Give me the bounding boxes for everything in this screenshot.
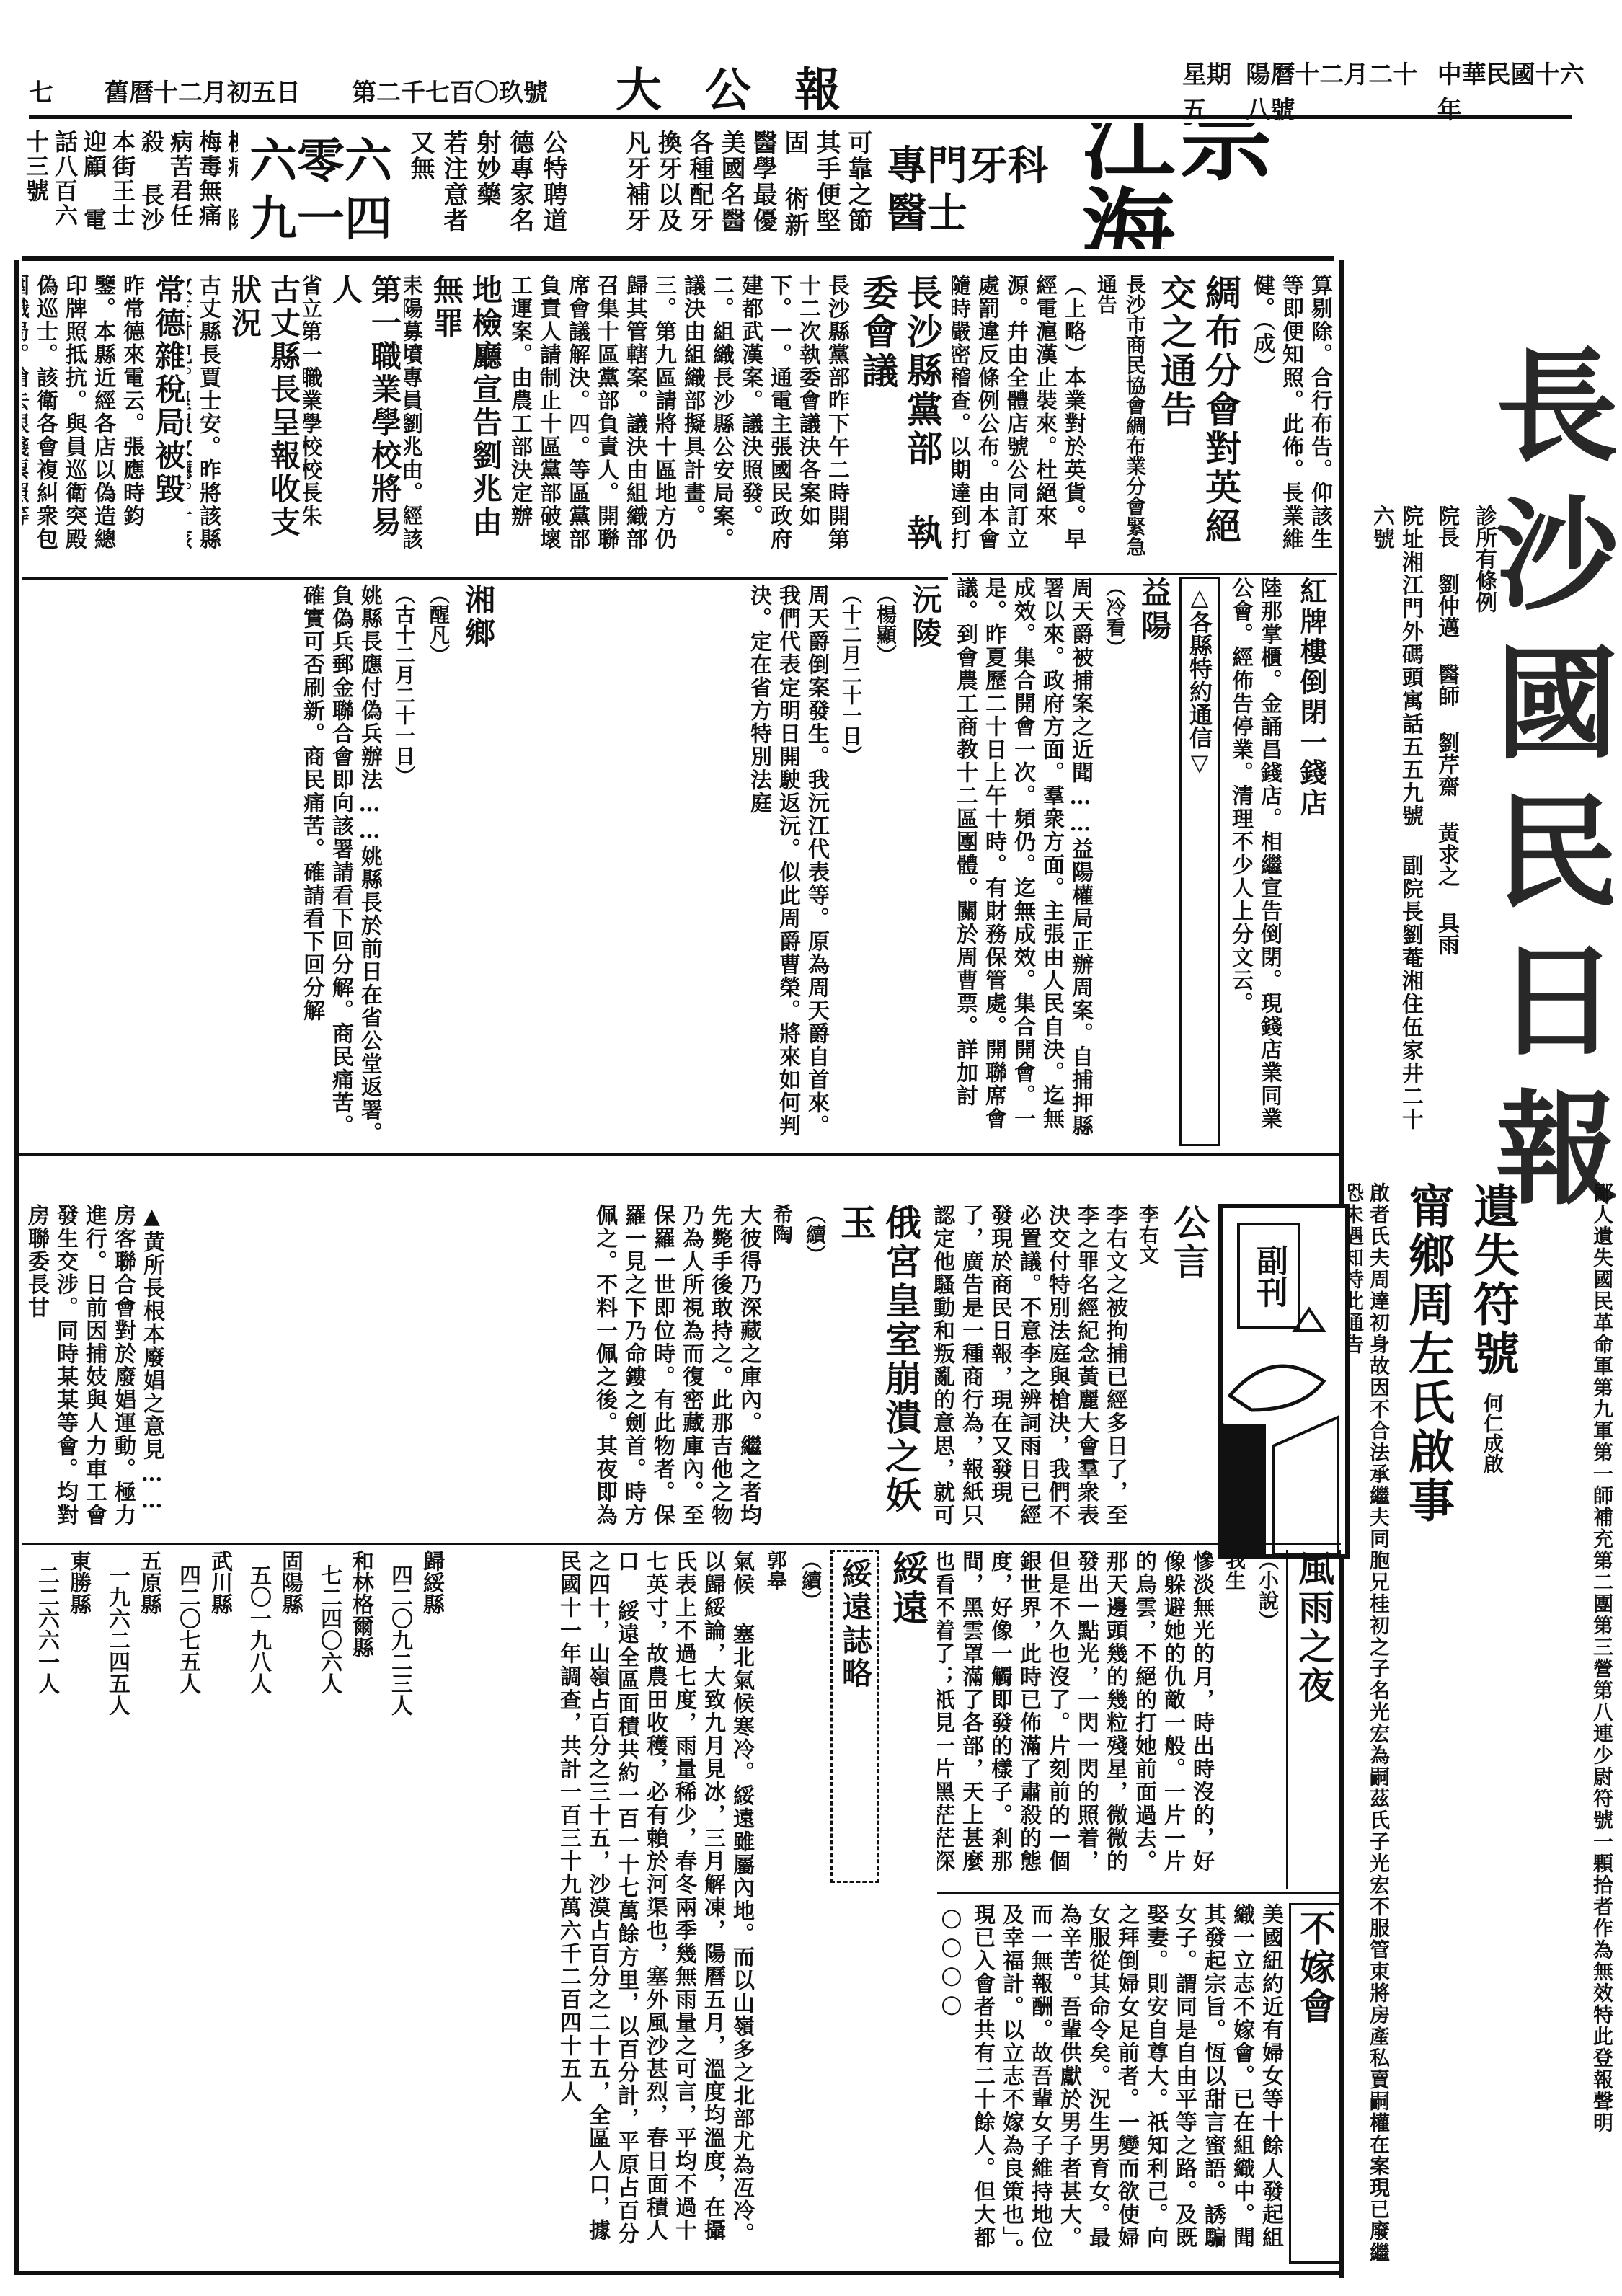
hospital-staff: 院長 劉仲邁 醫師 劉芹齋 黃求之 具雨 bbox=[1430, 505, 1462, 1146]
date-weekday: 星期五 bbox=[1182, 55, 1246, 125]
county-name: 固陽縣 bbox=[274, 1550, 306, 2264]
suiyuan-byline: （續） bbox=[796, 1550, 825, 2264]
title-char: 長 bbox=[1496, 346, 1618, 469]
changde-body: 昨常德來電云。張應時鈞鑒。本縣近經各店以偽造總印牌照抵抗。與員巡衛突殿偽巡士。該… bbox=[22, 274, 146, 569]
article-wind-rain-night: 風雨之夜 （小說） 我生 慘淡無光的月，時出時沒的，好像躲避她的仇敵一般。一片一… bbox=[937, 1550, 1341, 1889]
population-row: 武川縣 四二〇七五人 bbox=[172, 1550, 235, 2264]
article-guzhang-finance: 古丈縣長呈報收支狀況 古丈縣長賈士安。昨將該縣收支財況。呈報政廳。計該縣田賦。每… bbox=[187, 274, 303, 569]
jade-headline: 俄宮皇室崩潰之妖玉 bbox=[833, 1204, 923, 1535]
hospital-address: 院址湘江門外碼頭寓話五五九號 副院長劉菴湘住伍家井二十六號 bbox=[1348, 505, 1424, 1146]
left-border-rule bbox=[14, 260, 19, 2271]
dental-name-big: 江宗海 bbox=[1081, 123, 1370, 249]
ad-strip-rule bbox=[22, 256, 1334, 261]
yueyang-body: ▲黃所長根本廢娼之意見……房客聯合會對於廢娼運動。極力進行。日前因捕妓與人力車工… bbox=[22, 1204, 166, 1535]
population-row: 和林格爾縣 七二四〇六人 bbox=[313, 1550, 376, 2264]
gongyan-body: 李右文之被拘捕已經多日了，至李之罪名經紀念黃麗大會羣衆表決交付特別法庭與槍決，我… bbox=[930, 1204, 1129, 1535]
suiyuan-subtitle: 綏遠誌略 bbox=[836, 1558, 874, 1690]
population-row: 固陽縣 五〇一九八人 bbox=[242, 1550, 306, 2264]
xiangxiang-place: 湘鄉 bbox=[458, 584, 497, 1146]
notices-column: 鄙人遺失國民革命軍第九軍第一師補充第二團第三營第八連少尉符號一顆拾者作為無效特此… bbox=[1348, 1182, 1615, 2264]
changsha-headline: 長沙縣黨部 執委會議 bbox=[855, 274, 944, 569]
zhou-body: 啟者氏夫周達初身故因不合法承繼夫同胞兄桂初之子名光宏為嗣茲氏子光宏不服管束將房產… bbox=[1348, 1182, 1391, 2264]
cloth-headline: 綢布分會對英絕交之通告 bbox=[1153, 274, 1243, 569]
article-gongyan: 公言 李右文 李右文之被拘捕已經多日了，至李之罪名經紀念黃麗大會羣衆表決交付特別… bbox=[930, 1204, 1211, 1535]
paper-name: 大公報 bbox=[616, 53, 884, 120]
jade-body: 大彼得乃深藏之庫內。繼之者均先斃手後敢持之。此那吉他之物乃為人所視為而復密藏庫內… bbox=[591, 1204, 763, 1535]
article-changde-tax: 常德雜稅局被毀 昨常德來電云。張應時鈞鑒。本縣近經各店以偽造總印牌照抵抗。與員巡… bbox=[22, 274, 187, 569]
article-liu-zhaoyou: 地檢廳宣告劉兆由無罪 耒陽募墳專員劉兆由。經該縣旅省民衆提起公訴在案。逃避地檢廳… bbox=[404, 274, 505, 569]
page-marker: 七 bbox=[29, 73, 53, 108]
xiangxiang-date: （古十二月二十一日） bbox=[389, 584, 418, 1146]
lost-ticket-headline: 遺失符號 bbox=[1463, 1182, 1521, 1378]
red-memorial-headline: 紅牌樓倒閉一錢店 bbox=[1289, 577, 1334, 1146]
bottom-rule bbox=[14, 2271, 1341, 2275]
jade-author: 希陶 bbox=[767, 1204, 796, 1535]
dental-title-big: 專門牙科醫士 bbox=[887, 142, 1081, 237]
suiyuan-subbox: 綏遠誌略 bbox=[830, 1550, 879, 1883]
county-population: 四二〇九二三人 bbox=[384, 1564, 415, 2264]
section-rule bbox=[22, 577, 948, 580]
dental-ad-name: 江宗海 bbox=[1081, 123, 1370, 249]
hospital-notice: 診所有條例 院長 劉仲邁 醫師 劉芹齋 黃求之 具雨 院址湘江門外碼頭寓話五五九… bbox=[1348, 505, 1499, 1146]
dental-ad-text: 根治者除一切牙病 無痛拔牙 鑲配假牙 可靠之節其手便堅固 術新醫學最優 美國名醫… bbox=[620, 130, 879, 249]
jade-byline: （續） bbox=[800, 1204, 829, 1535]
fold-rule bbox=[14, 1153, 1341, 1156]
county-place: 益陽 bbox=[1135, 577, 1174, 1146]
lost-ticket-body: 鄙人遺失國民革命軍第九軍第一師補充第二團第三營第八連少尉符號一顆拾者作為無效特此… bbox=[1528, 1182, 1615, 2264]
lost-ticket-signer: 何仁成啟 bbox=[1478, 1393, 1507, 1473]
dental-ad-body: 根治者除一切牙病 無痛拔牙 鑲配假牙 可靠之節其手便堅固 術新醫學最優 美國名醫… bbox=[620, 130, 879, 249]
lost-ticket-notice: 遺失符號 何仁成啟 bbox=[1463, 1182, 1521, 2264]
changde-headline: 常德雜稅局被毀 bbox=[149, 274, 187, 569]
vertical-paper-title: 長 沙 國 民 日 報 bbox=[1499, 346, 1615, 1211]
yuanling-body: 周天爵倒案發生。我沅江代表等。原為周天爵自首來。我們代表定明日開駛返沅。似此周爵… bbox=[505, 584, 830, 1146]
zhou-headline: 甯鄉周左氏啟事 bbox=[1399, 1182, 1456, 1525]
date-roc: 中華民國十六年 bbox=[1437, 55, 1586, 125]
yuanling-byline: （楊顯） bbox=[871, 584, 900, 1146]
story-body: 慘淡無光的月，時出時沒的，好像躲避她的仇敵一般。一片一片的烏雲，不絕的打她前面過… bbox=[937, 1550, 1215, 1889]
bujia-headline: 不嫁會 bbox=[1289, 1903, 1341, 2264]
xiangxiang-body: 姚縣長應付偽兵辦法……姚縣長於前日在省公堂返署。負偽兵郵金聯合會即向該署請看下回… bbox=[22, 584, 384, 1146]
cloth-lead: 長沙市商民協會綢布業分會緊急通告 bbox=[1091, 274, 1149, 569]
section-rule bbox=[952, 573, 1337, 575]
liu-body: 耒陽募墳專員劉兆由。經該縣旅省民衆提起公訴在案。逃避地檢廳。昨該廳偵查結果。認為… bbox=[404, 274, 424, 569]
county-population: 七二四〇六人 bbox=[313, 1564, 345, 2264]
cloth-prefix: 算剔除。合行布告。仰該生等即便知照。此佈。長業維健。（成） bbox=[1247, 274, 1334, 569]
population-table: 歸綏縣 四二〇九二三人 和林格爾縣 七二四〇六人 固陽縣 五〇一九八人 武川縣 … bbox=[30, 1550, 447, 2264]
bujia-marks: ○○○○ bbox=[937, 1903, 966, 2264]
county-name: 歸綏縣 bbox=[415, 1550, 447, 2264]
county-section-label: △各縣特約通信▽ bbox=[1179, 577, 1220, 1146]
phone-number-big: 六零六 九一四 bbox=[241, 132, 400, 247]
changsha-body: 長沙縣黨部昨下午二時開第十二次執委會議決各案如下。一。通電主張國民政府建都武漢案… bbox=[505, 274, 851, 569]
date-western: 陽曆十二月二十八號 bbox=[1246, 55, 1437, 125]
suiyuan-headline: 綏遠 bbox=[885, 1550, 930, 2264]
title-char: 沙 bbox=[1496, 495, 1618, 617]
dateline-right: 星期五 陽曆十二月二十八號 中華民國十六年 bbox=[1182, 68, 1586, 112]
story-author: 我生 bbox=[1220, 1550, 1249, 1889]
hospital-label: 診所有條例 bbox=[1468, 505, 1499, 1146]
cloth-body: （上略）本業對於英貨。早經電滬漢止裝來。杜絕來源。幷由全體店號公同訂立處罰違反條… bbox=[952, 274, 1087, 569]
xiangxiang-byline: （醒凡） bbox=[424, 584, 453, 1146]
phone-ad-big: 六零六 九一四 bbox=[238, 130, 404, 249]
vocational-headline: 第一職業學校將易人 bbox=[326, 274, 404, 569]
clinic-ad-body: 凡病患花柳病 除梅毒無痛 病苦君任殺 長沙本街王士迎顧 電話八百六十三號 bbox=[22, 130, 238, 249]
suiyuan-author: 郭皋 bbox=[761, 1550, 790, 2264]
county-body: 周天爵被捕案之近聞……益陽權局正辦周案。自捕押縣署以來。政府方面。羣衆方面。主張… bbox=[952, 577, 1094, 1146]
article-xiangxiang: 湘鄉 （醒凡） （古十二月二十一日） 姚縣長應付偽兵辦法……姚縣長於前日在省公堂… bbox=[22, 584, 497, 1146]
county-byline: （冷看） bbox=[1100, 577, 1129, 1146]
guzhang-headline: 古丈縣長呈報收支狀況 bbox=[225, 274, 303, 569]
masthead: 大公報 bbox=[562, 58, 937, 115]
county-population: 二二六六一人 bbox=[30, 1564, 62, 2264]
county-name: 東勝縣 bbox=[62, 1550, 94, 2264]
gongyan-author: 李右文 bbox=[1133, 1204, 1162, 1535]
liu-headline: 地檢廳宣告劉兆由無罪 bbox=[427, 274, 505, 569]
article-changsha-party: 長沙縣黨部 執委會議 長沙縣黨部昨下午二時開第十二次執委會議決各案如下。一。通電… bbox=[505, 274, 944, 569]
dateline-left: 七 舊曆十二月初五日 第二千七百〇玖號 bbox=[29, 68, 548, 112]
county-name: 五原縣 bbox=[133, 1550, 164, 2264]
supplement-illustration: 副刊 bbox=[1218, 1204, 1350, 1559]
gongyan-headline: 公言 bbox=[1166, 1204, 1211, 1535]
yuanling-place: 沅陵 bbox=[905, 584, 944, 1146]
issue-number: 第二千七百〇玖號 bbox=[352, 73, 548, 108]
article-cloth-association: 算剔除。合行布告。仰該生等即便知照。此佈。長業維健。（成） 綢布分會對英絕交之通… bbox=[952, 274, 1334, 569]
county-population: 五〇一九八人 bbox=[242, 1564, 274, 2264]
reading-figure-icon bbox=[1223, 1208, 1345, 1554]
bujia-body: 美國紐約近有婦女等十餘人發起組織一立志不嫁會。已在組織中。聞其發起宗旨。恆以甜言… bbox=[970, 1903, 1285, 2264]
pharmacy-ad-text: 公特聘道德專家名射妙藥 若注意者又無 bbox=[404, 130, 613, 249]
section-rule bbox=[22, 1543, 1341, 1545]
zhou-notice: 甯鄉周左氏啟事 bbox=[1399, 1182, 1456, 2264]
pharmacy-ad-body: 公特聘道德專家名射妙藥 若注意者又無 bbox=[404, 130, 570, 249]
article-yueyang-continued: ▲黃所長根本廢娼之意見……房客聯合會對於廢娼運動。極力進行。日前因捕妓與人力車工… bbox=[22, 1204, 584, 1535]
article-suiyuan: 綏遠 綏遠誌略 （續） 郭皋 氣候 塞北氣候寒冷。綏遠雖屬內地。而以山嶺多之北部… bbox=[22, 1550, 930, 2264]
population-row: 歸綏縣 四二〇九二三人 bbox=[384, 1550, 447, 2264]
clinic-ad-text: 凡病患花柳病 除梅毒無痛 病苦君任殺 長沙本街王士迎顧 電話八百六十三號 bbox=[22, 130, 238, 249]
story-genre: （小說） bbox=[1253, 1550, 1282, 1889]
county-name: 武川縣 bbox=[203, 1550, 235, 2264]
article-county-news: 紅牌樓倒閉一錢店 陸那掌櫃。金誦昌錢店。相繼宣告倒閉。現錢店業同業公會。經佈告停… bbox=[952, 577, 1334, 1146]
title-char: 日 bbox=[1496, 940, 1618, 1063]
population-row: 五原縣 一九六二四五人 bbox=[101, 1550, 164, 2264]
article-bujia-hui: 不嫁會 美國紐約近有婦女等十餘人發起組織一立志不嫁會。已在組織中。聞其發起宗旨。… bbox=[937, 1903, 1341, 2264]
guzhang-body: 古丈縣長賈士安。昨將該縣收支財況。呈報政廳。計該縣田賦。每年僅收二十三元六分九釐… bbox=[187, 274, 222, 569]
title-char: 國 bbox=[1496, 643, 1618, 766]
county-population: 四二〇七五人 bbox=[172, 1564, 203, 2264]
article-yuanling: 沅陵 （楊顯） （十二月二十一日） 周天爵倒案發生。我沅江代表等。原為周天爵自首… bbox=[505, 584, 944, 1146]
section-rule bbox=[937, 1892, 1341, 1894]
article-russian-jade: 俄宮皇室崩潰之妖玉 （續） 希陶 大彼得乃深藏之庫內。繼之者均先斃手後敢持之。此… bbox=[591, 1204, 923, 1535]
title-char: 民 bbox=[1496, 792, 1618, 914]
vocational-body: 省立第一職業學校校長朱炳。一再呈請辭職。省府堅留無術。昨已電請蔡子康接辦。原議一… bbox=[303, 274, 323, 569]
lunar-date: 舊曆十二月初五日 bbox=[105, 73, 301, 108]
suiyuan-body: 氣候 塞北氣候寒冷。綏遠雖屬內地。而以山嶺多之北部尤為冱冷。以歸綏論，大致九月見… bbox=[453, 1550, 755, 2264]
yuanling-date: （十二月二十一日） bbox=[836, 584, 865, 1146]
red-memorial-body: 陸那掌櫃。金誦昌錢店。相繼宣告倒閉。現錢店業同業公會。經佈告停業。清理不少人上分… bbox=[1226, 577, 1283, 1146]
county-population: 一九六二四五人 bbox=[101, 1564, 133, 2264]
story-headline: 風雨之夜 bbox=[1286, 1550, 1341, 1889]
dental-ad-title: 專門牙科醫士 bbox=[887, 130, 1081, 249]
population-row: 東勝縣 二二六六一人 bbox=[30, 1550, 94, 2264]
article-vocational-school: 第一職業學校將易人 省立第一職業學校校長朱炳。一再呈請辭職。省府堅留無術。昨已電… bbox=[303, 274, 404, 569]
county-name: 和林格爾縣 bbox=[345, 1550, 376, 2264]
